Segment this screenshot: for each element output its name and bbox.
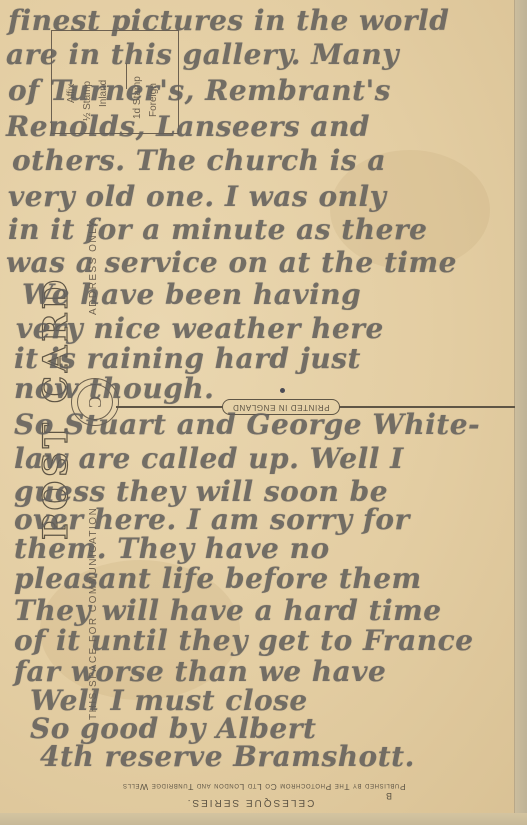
- hand-line: Renolds, Lanseers and: [6, 110, 370, 143]
- hand-line: pleasant life before them: [14, 562, 422, 595]
- series-code: B: [386, 791, 392, 801]
- hand-line: finest pictures in the world: [8, 4, 449, 37]
- hand-line: others. The church is a: [12, 144, 386, 177]
- hand-line: are in this gallery. Many: [6, 38, 399, 71]
- hand-line: in it for a minute as there: [8, 213, 427, 246]
- ink-dot: [280, 388, 285, 393]
- signature-line: 4th reserve Bramshott.: [40, 740, 415, 773]
- hand-line: now though.: [14, 372, 214, 405]
- hand-line: We have been having: [22, 278, 361, 311]
- card-edge-right: [514, 0, 527, 825]
- hand-line: They will have a hard time: [14, 594, 442, 627]
- hand-line: So Stuart and George White-: [14, 408, 480, 441]
- hand-line: of Turner's, Rembrant's: [8, 74, 391, 107]
- publisher-text: Published by The Photochrom Co Ltd Londo…: [78, 782, 450, 792]
- hand-line: very nice weather here: [16, 312, 384, 345]
- hand-line: them. They have no: [14, 532, 330, 565]
- series-name: CELESQUE SERIES.: [170, 797, 330, 808]
- postcard-reverse: Affix ½ Stamp Inland 1d Stamp Foreign AD…: [0, 0, 527, 825]
- hand-line: very old one. I was only: [8, 180, 386, 213]
- hand-line: law are called up. Well I: [14, 442, 404, 475]
- hand-line: it is raining hard just: [14, 342, 361, 375]
- hand-line: of it until they get to France: [14, 624, 474, 657]
- hand-line: was a service on at the time: [6, 246, 457, 279]
- card-edge-bottom: [0, 813, 527, 825]
